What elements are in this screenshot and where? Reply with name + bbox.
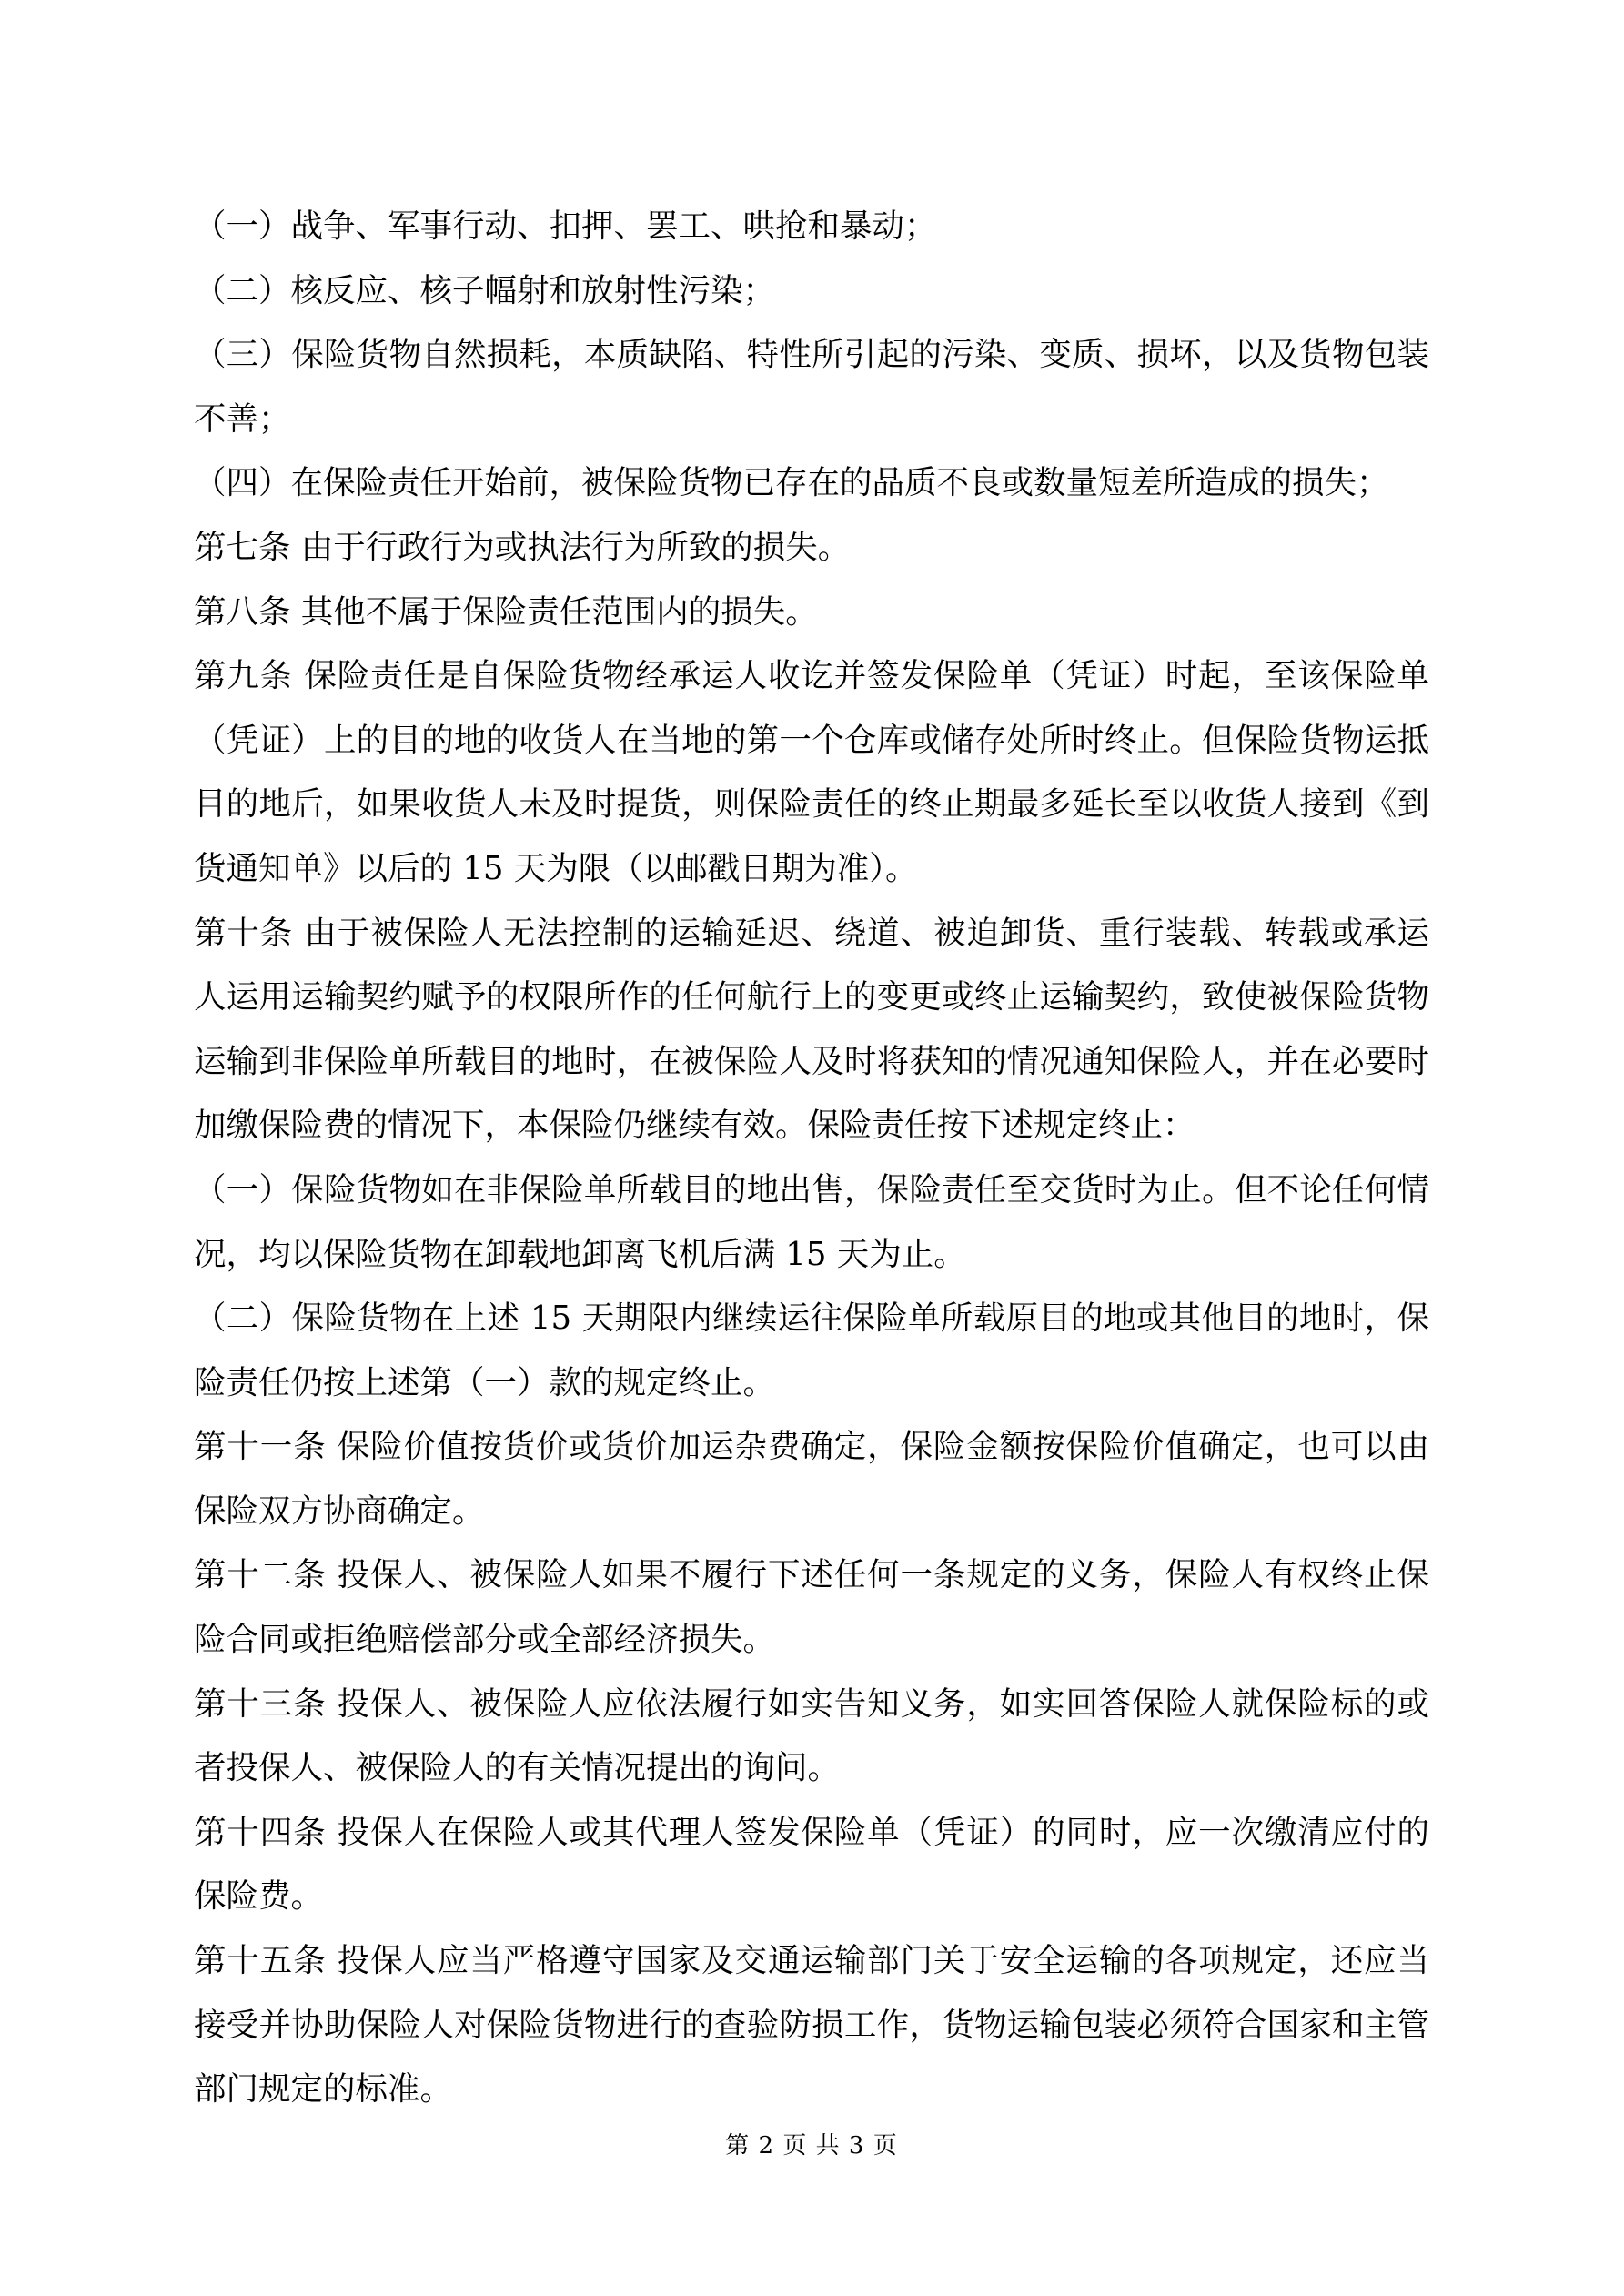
text-line: （一）战争、军事行动、扣押、罢工、哄抢和暴动；	[194, 195, 1429, 259]
text-line: 目的地后，如果收货人未及时提货，则保险责任的终止期最多延长至以收货人接到《到	[194, 773, 1429, 837]
text-line: （二）核反应、核子幅射和放射性污染；	[194, 259, 1429, 324]
text-line: 第十一条 保险价值按货价或货价加运杂费确定，保险金额按保险价值确定，也可以由	[194, 1415, 1429, 1480]
text-line: 险合同或拒绝赔偿部分或全部经济损失。	[194, 1608, 1429, 1673]
text-line: 第七条 由于行政行为或执法行为所致的损失。	[194, 516, 1429, 581]
text-line: 第十二条 投保人、被保险人如果不履行下述任何一条规定的义务，保险人有权终止保	[194, 1543, 1429, 1608]
document-page: （一）战争、军事行动、扣押、罢工、哄抢和暴动； （二）核反应、核子幅射和放射性污…	[0, 0, 1624, 2296]
text-line: 第十五条 投保人应当严格遵守国家及交通运输部门关于安全运输的各项规定，还应当	[194, 1929, 1429, 1994]
text-line: 不善；	[194, 388, 1429, 452]
text-line: 保险双方协商确定。	[194, 1480, 1429, 1544]
text-line: （三）保险货物自然损耗，本质缺陷、特性所引起的污染、变质、损坏，以及货物包装	[194, 323, 1429, 388]
text-line: 运输到非保险单所载目的地时，在被保险人及时将获知的情况通知保险人，并在必要时	[194, 1030, 1429, 1095]
text-line: 况，均以保险货物在卸载地卸离飞机后满 15 天为止。	[194, 1223, 1429, 1288]
text-line: 者投保人、被保险人的有关情况提出的询问。	[194, 1736, 1429, 1801]
text-line: 第九条 保险责任是自保险货物经承运人收讫并签发保险单（凭证）时起，至该保险单	[194, 644, 1429, 709]
text-line: 人运用运输契约赋予的权限所作的任何航行上的变更或终止运输契约，致使被保险货物	[194, 966, 1429, 1030]
text-line: 接受并协助保险人对保险货物进行的查验防损工作，货物运输包装必须符合国家和主管	[194, 1994, 1429, 2058]
text-line: 第八条 其他不属于保险责任范围内的损失。	[194, 581, 1429, 645]
text-line: 险责任仍按上述第（一）款的规定终止。	[194, 1351, 1429, 1416]
text-line: 加缴保险费的情况下，本保险仍继续有效。保险责任按下述规定终止：	[194, 1094, 1429, 1158]
text-line: 保险费。	[194, 1865, 1429, 1929]
page-footer: 第 2 页 共 3 页	[194, 2129, 1429, 2162]
text-line: （凭证）上的目的地的收货人在当地的第一个仓库或储存处所时终止。但保险货物运抵	[194, 709, 1429, 774]
text-line: （二）保险货物在上述 15 天期限内继续运往保险单所载原目的地或其他目的地时，保	[194, 1287, 1429, 1351]
text-line: （四）在保险责任开始前，被保险货物已存在的品质不良或数量短差所造成的损失；	[194, 451, 1429, 516]
text-line: 第十条 由于被保险人无法控制的运输延迟、绕道、被迫卸货、重行装载、转载或承运	[194, 902, 1429, 966]
text-line: （一）保险货物如在非保险单所载目的地出售，保险责任至交货时为止。但不论任何情	[194, 1158, 1429, 1223]
document-body: （一）战争、军事行动、扣押、罢工、哄抢和暴动； （二）核反应、核子幅射和放射性污…	[194, 195, 1429, 2122]
text-line: 部门规定的标准。	[194, 2058, 1429, 2122]
text-line: 第十四条 投保人在保险人或其代理人签发保险单（凭证）的同时，应一次缴清应付的	[194, 1801, 1429, 1866]
text-line: 第十三条 投保人、被保险人应依法履行如实告知义务，如实回答保险人就保险标的或	[194, 1673, 1429, 1737]
text-line: 货通知单》以后的 15 天为限（以邮戳日期为准）。	[194, 837, 1429, 902]
